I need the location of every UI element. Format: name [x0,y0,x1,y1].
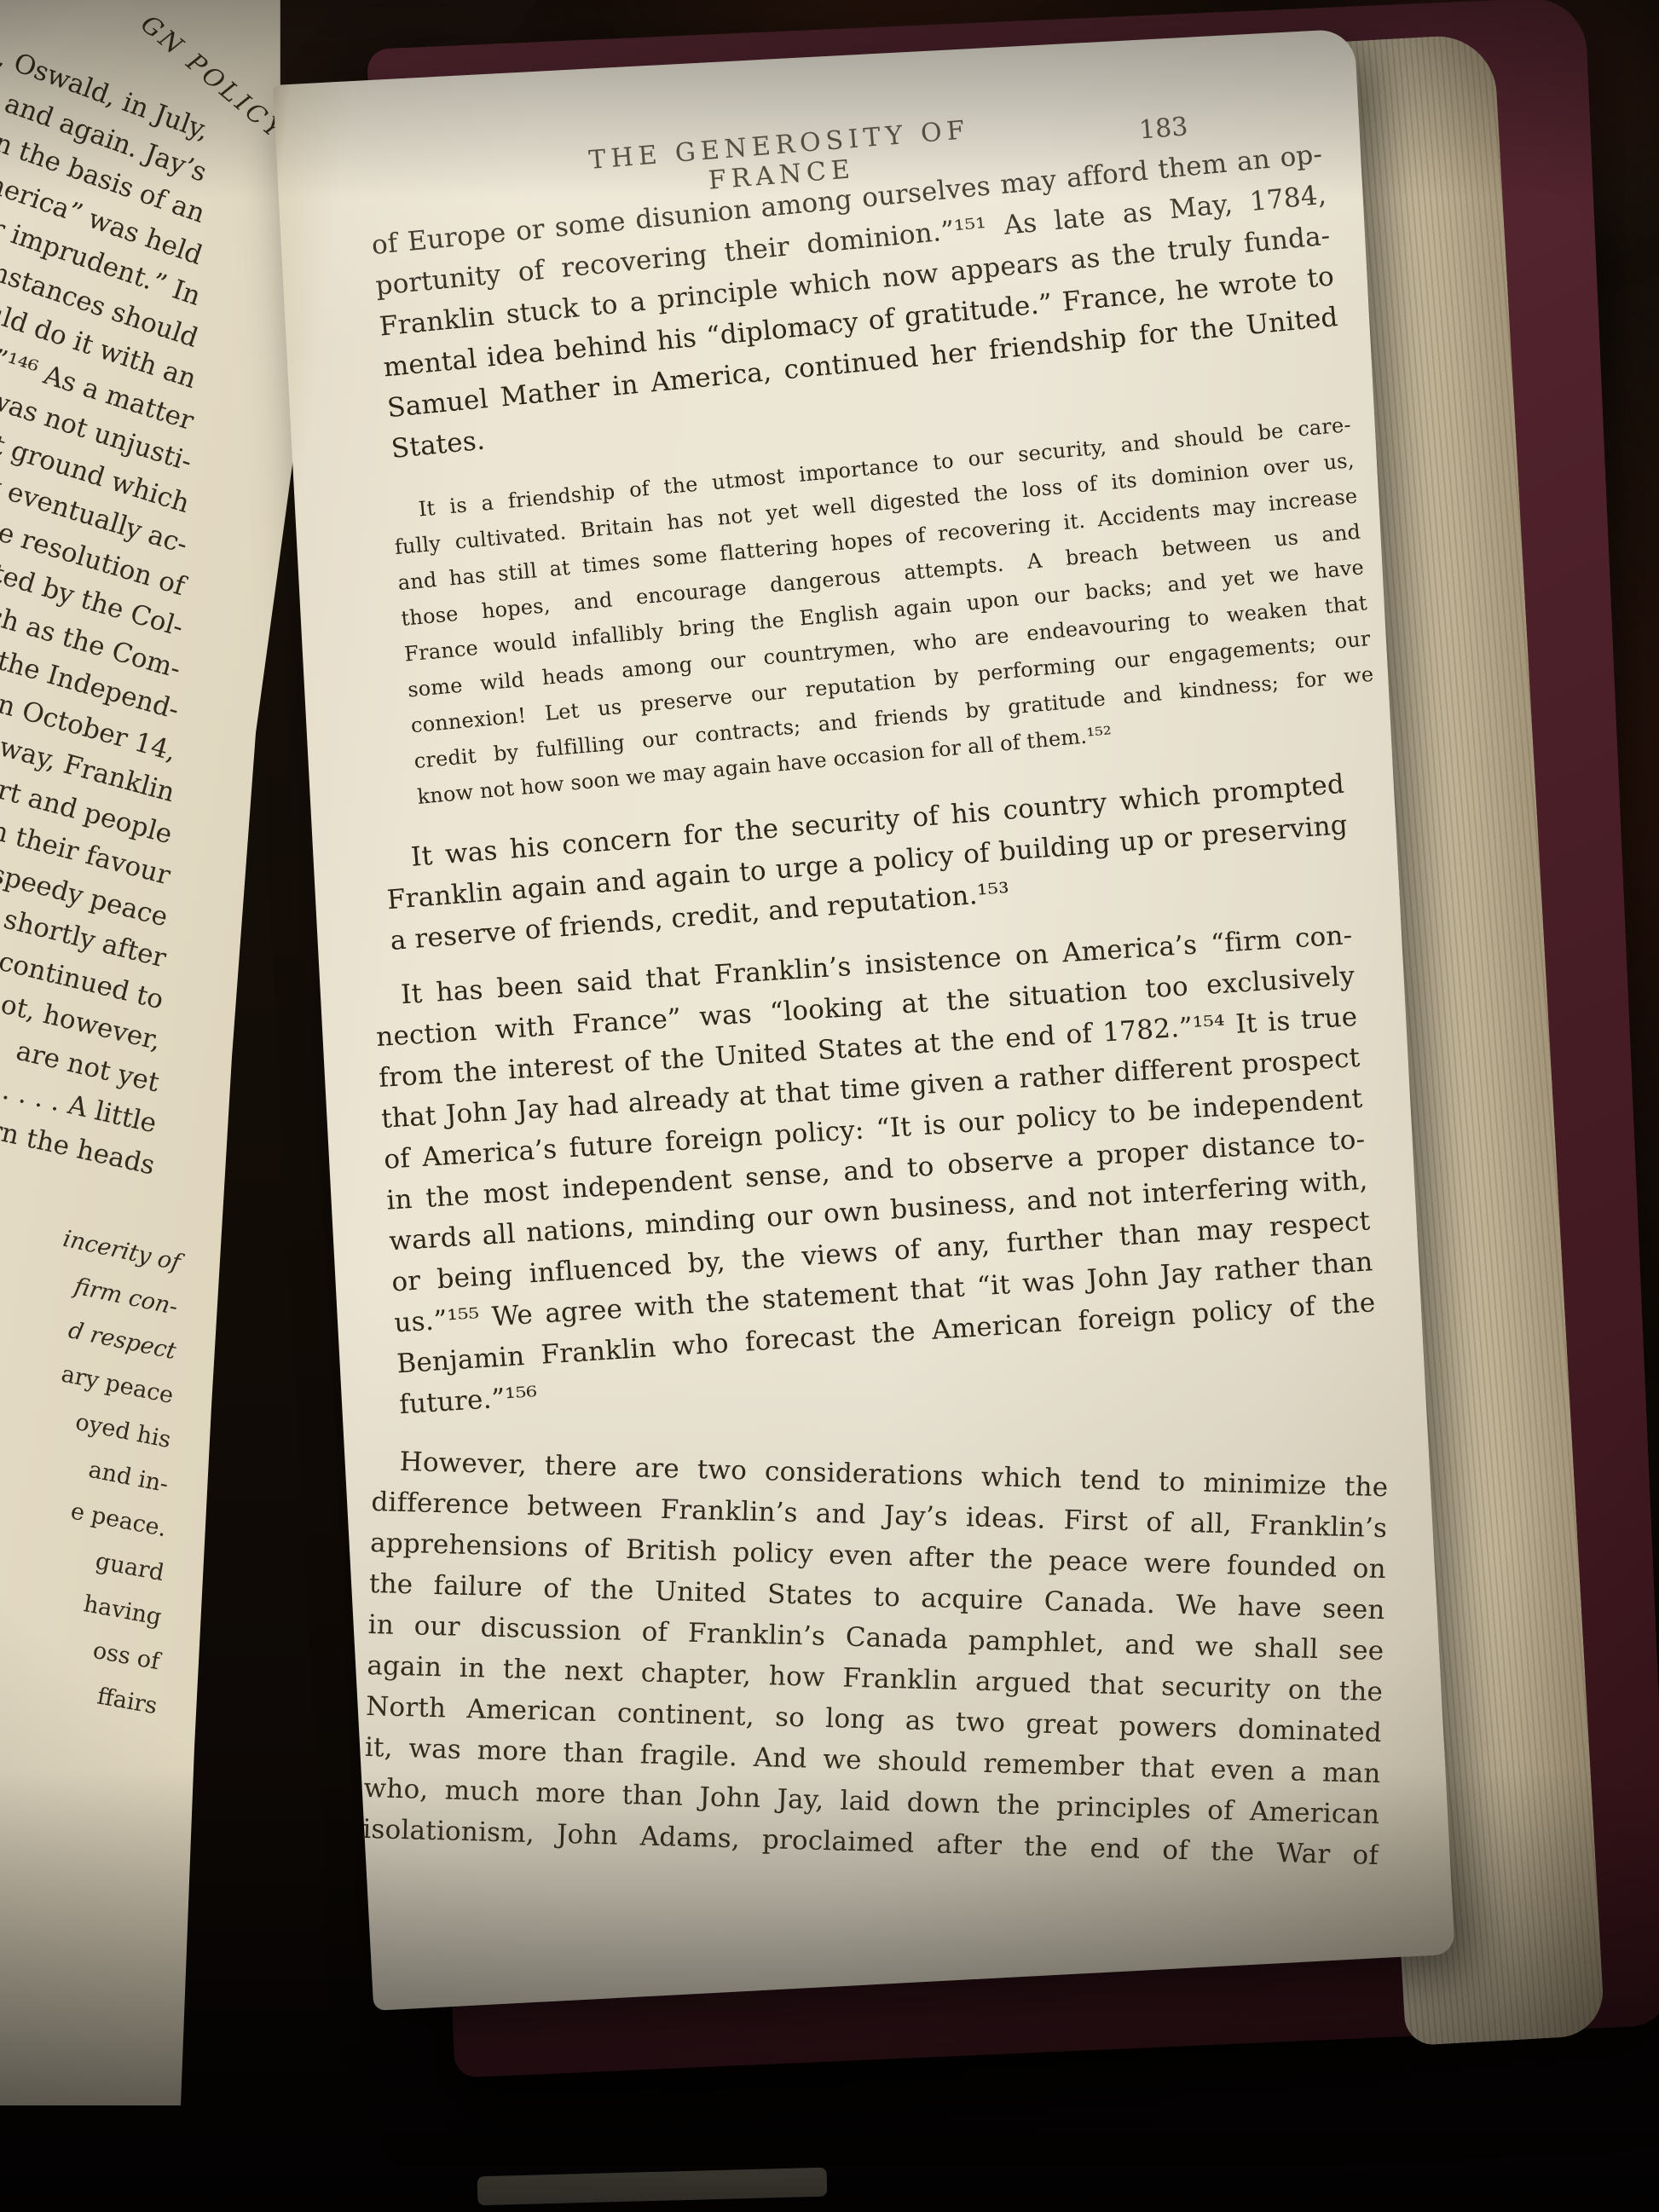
page-shading [273,29,1455,2011]
book-photo: GN POLICY ative, Oswald, in July,rged ag… [0,0,1659,2212]
page-edge-sliver [477,2168,828,2206]
right-page: THE GENEROSITY OF FRANCE 183 of Europe o… [273,29,1455,2011]
